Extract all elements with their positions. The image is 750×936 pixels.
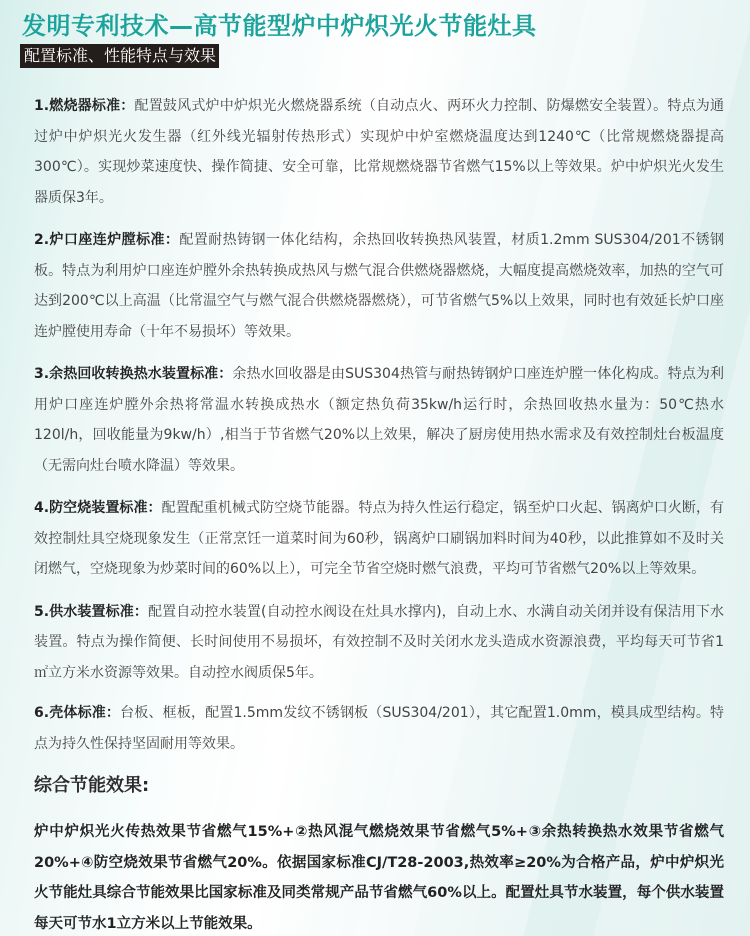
- section-anti-dry-burn-standard: 4.防空烧装置标准：配置配重机械式防空烧节能器。特点为持久性运行稳定，锅至炉口火…: [34, 493, 724, 585]
- section-shell-standard: 6.壳体标准：台板、框板，配置1.5mm发纹不锈钢板（SUS304/201），其…: [34, 698, 724, 759]
- section-furnace-mouth-standard: 2.炉口座连炉膛标准：配置耐热铸钢一体化结构，余热回收转换热风装置，材质1.2m…: [34, 225, 724, 347]
- section-heading: 2.炉口座连炉膛标准：: [34, 232, 179, 248]
- page-title: 发明专利技术—高节能型炉中炉炽光火节能灶具: [22, 0, 724, 41]
- section-heading: 4.防空烧装置标准：: [34, 500, 162, 516]
- summary-title: 综合节能效果:: [34, 773, 724, 799]
- section-subtitle: 配置标准、性能特点与效果: [20, 44, 219, 68]
- section-body: 配置耐热铸钢一体化结构，余热回收转换热风装置，材质1.2mm SUS304/20…: [34, 232, 724, 340]
- summary-body: 炉中炉炽光火传热效果节省燃气15%+②热风混气燃烧效果节省燃气5%+③余热转换热…: [34, 817, 724, 936]
- section-heading: 5.供水装置标准：: [34, 604, 148, 620]
- section-heading: 1.燃烧器标准：: [34, 98, 135, 114]
- section-burner-standard: 1.燃烧器标准：配置鼓风式炉中炉炽光火燃烧器系统（自动点火、两环火力控制、防爆燃…: [34, 91, 724, 213]
- section-heading: 3.余热回收转换热水装置标准：: [34, 366, 232, 382]
- document-page: 发明专利技术—高节能型炉中炉炽光火节能灶具 配置标准、性能特点与效果 1.燃烧器…: [0, 0, 724, 936]
- section-body: 余热水回收器是由SUS304热管与耐热铸钢炉口座连炉膛一体化构成。特点为利用炉口…: [34, 366, 724, 474]
- section-heat-recovery-standard: 3.余热回收转换热水装置标准：余热水回收器是由SUS304热管与耐热铸钢炉口座连…: [34, 359, 724, 481]
- section-water-supply-standard: 5.供水装置标准：配置自动控水装置(自动控水阀设在灶具水撑内)，自动上水、水满自…: [34, 597, 724, 689]
- section-body: 配置鼓风式炉中炉炽光火燃烧器系统（自动点火、两环火力控制、防爆燃安全装置）。特点…: [34, 98, 724, 206]
- section-heading: 6.壳体标准：: [34, 705, 120, 721]
- section-body: 台板、框板，配置1.5mm发纹不锈钢板（SUS304/201），其它配置1.0m…: [34, 705, 724, 752]
